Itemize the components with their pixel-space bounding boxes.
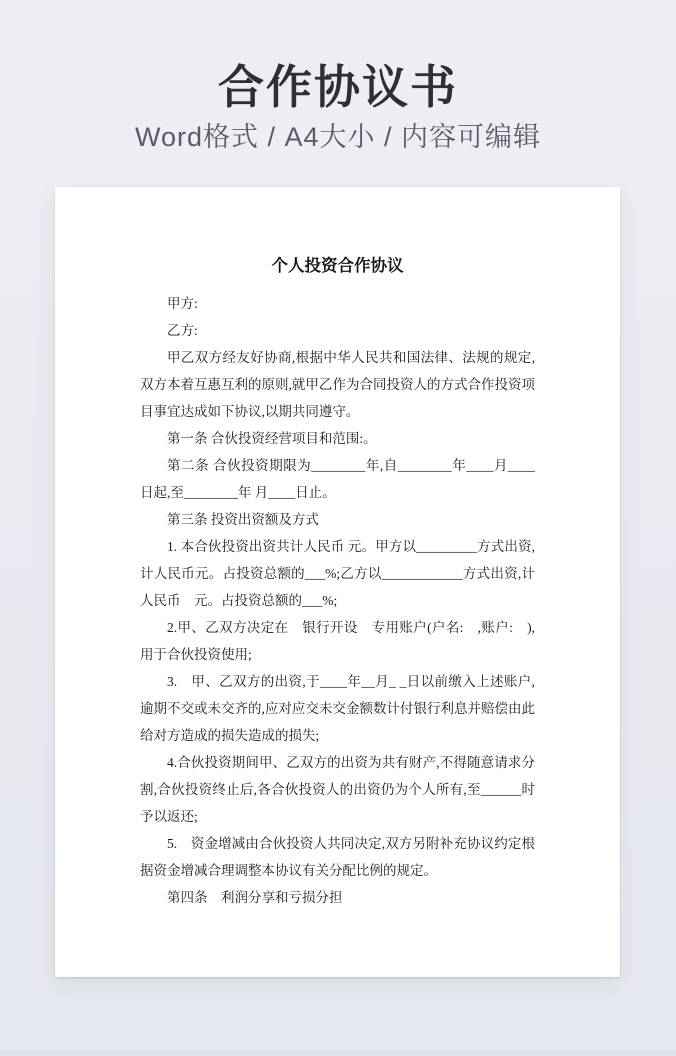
doc-paragraph-article-1: 第一条 合伙投资经营项目和范围:。	[140, 425, 535, 452]
doc-paragraph-article-2: 第二条 合伙投资期限为________年,自________年____月____…	[140, 452, 535, 506]
doc-paragraph-item-3: 3. 甲、乙双方的出资,于____年__月_ _日以前缴入上述账户,逾期不交或未…	[140, 668, 535, 749]
doc-paragraph-article-4: 第四条 利润分享和亏损分担	[140, 884, 535, 911]
page-subtitle: Word格式 / A4大小 / 内容可编辑	[0, 122, 676, 152]
template-preview: 合作协议书 Word格式 / A4大小 / 内容可编辑 个人投资合作协议 甲方:…	[0, 0, 676, 1056]
doc-paragraph-item-1: 1. 本合伙投资出资共计人民币 元。甲方以_________方式出资,计人民币元…	[140, 533, 535, 614]
doc-paragraph-item-5: 5. 资金增减由合伙投资人共同决定,双方另附补充协议约定根据资金增减合理调整本协…	[140, 830, 535, 884]
doc-paragraph-item-4: 4.合伙投资期间甲、乙双方的出资为共有财产,不得随意请求分割,合伙投资终止后,各…	[140, 749, 535, 830]
doc-paragraph-preamble: 甲乙双方经友好协商,根据中华人民共和国法律、法规的规定,双方本着互惠互利的原则,…	[140, 344, 535, 425]
page-title: 合作协议书	[0, 62, 676, 112]
doc-paragraph-item-2: 2.甲、乙双方决定在 银行开设 专用账户(户名: ,账户: ),用于合伙投资使用…	[140, 614, 535, 668]
doc-paragraph-party-b: 乙方:	[140, 317, 535, 344]
bottom-edge-strip	[0, 1050, 676, 1056]
doc-paragraph-party-a: 甲方:	[140, 290, 535, 317]
document-preview-page: 个人投资合作协议 甲方: 乙方: 甲乙双方经友好协商,根据中华人民共和国法律、法…	[55, 187, 620, 977]
document-title: 个人投资合作协议	[140, 255, 535, 277]
banner: 合作协议书 Word格式 / A4大小 / 内容可编辑	[0, 0, 676, 152]
doc-paragraph-article-3: 第三条 投资出资额及方式	[140, 506, 535, 533]
